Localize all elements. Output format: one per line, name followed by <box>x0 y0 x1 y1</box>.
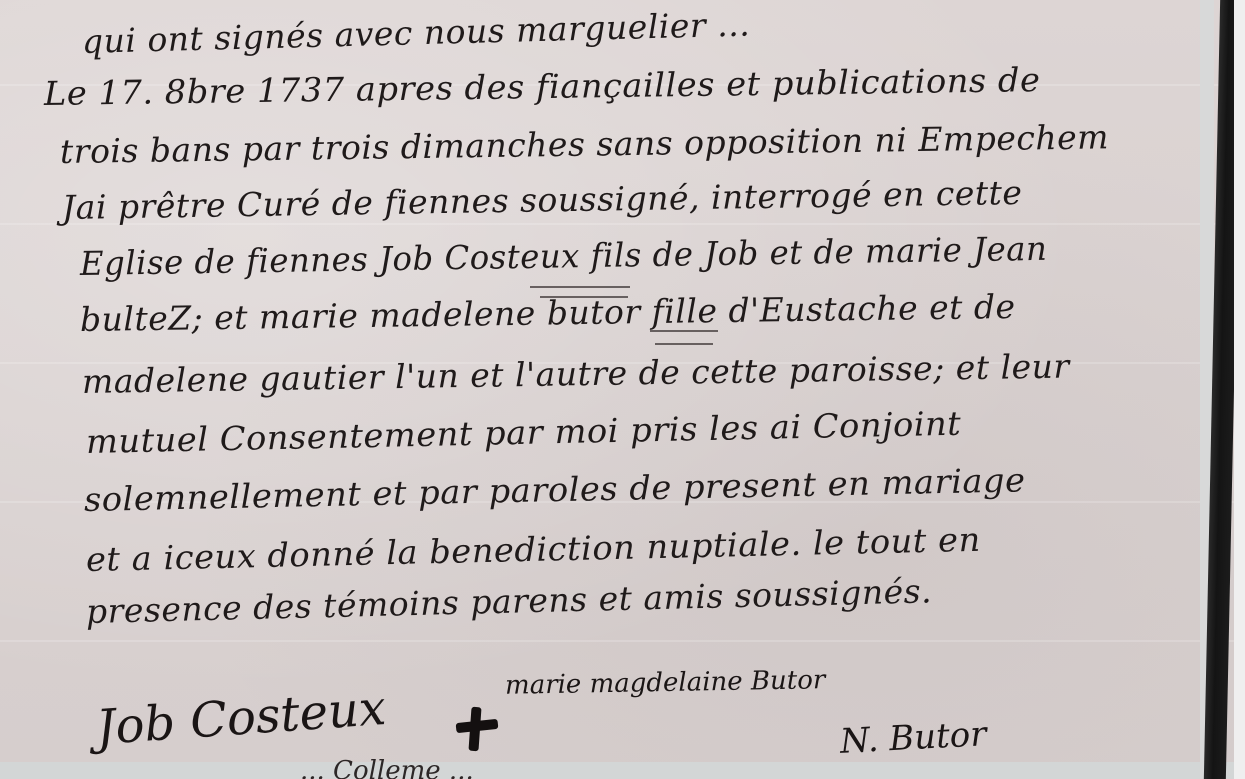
bride-signature: marie magdelaine Butor <box>505 665 826 701</box>
register-line-5: Eglise de fiennes Job Costeux fils de Jo… <box>80 229 1048 283</box>
name-underline-costeux <box>530 286 630 288</box>
register-line-9: solemnellement et par paroles de present… <box>84 460 1026 519</box>
register-line-6: bulteZ; et marie madelene butor fille d'… <box>80 287 1016 339</box>
register-line-11: presence des témoins parens et amis sous… <box>86 571 933 631</box>
register-line-10: et a iceux donné la benediction nuptiale… <box>86 520 981 579</box>
register-line-3: trois bans par trois dimanches sans oppo… <box>60 117 1109 171</box>
register-line-7: madelene gautier l'un et l'autre de cett… <box>82 346 1070 401</box>
register-line-4: Jai prêtre Curé de fiennes soussigné, in… <box>62 173 1023 227</box>
register-line-2: Le 17. 8bre 1737 apres des fiançailles e… <box>44 60 1041 113</box>
groom-signature: Job Costeux <box>94 680 387 756</box>
scan-bottom-strip <box>0 762 1245 779</box>
name-underline-butor <box>650 330 718 332</box>
register-line-8: mutuel Consentement par moi pris les ai … <box>86 404 962 461</box>
name-underline-butor-2 <box>655 343 713 345</box>
document-scan: qui ont signés avec nous marguelier ... … <box>0 0 1245 779</box>
witness-signature: N. Butor <box>839 714 987 762</box>
bride-mark-cross <box>452 705 498 751</box>
partial-bottom-line: ... Colleme ... <box>300 756 474 779</box>
register-line-1: qui ont signés avec nous marguelier ... <box>81 5 750 61</box>
scan-outer-border <box>1234 0 1245 779</box>
